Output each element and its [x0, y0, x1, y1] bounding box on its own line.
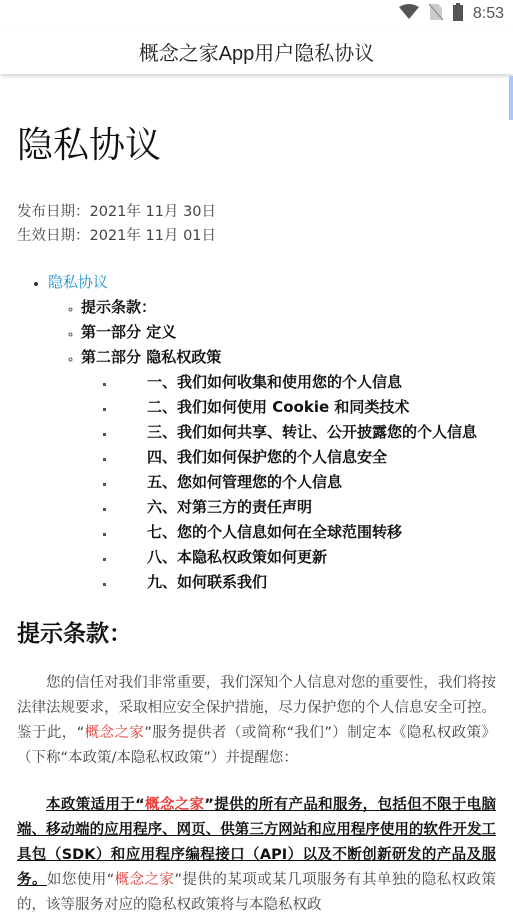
toc-subitem[interactable]: 二、我们如何使用 Cookie 和同类技术 — [115, 395, 496, 420]
toc-subitem[interactable]: 一、我们如何收集和使用您的个人信息 — [115, 370, 496, 395]
toc-item-notice[interactable]: 提示条款： — [81, 295, 496, 320]
toc-item-part2[interactable]: 第二部分 隐私权政策 一、我们如何收集和使用您的个人信息 二、我们如何使用 Co… — [81, 345, 496, 595]
effective-date: 生效日期：2021年 11月 01日 — [17, 224, 496, 248]
brand-name: 概念之家 — [145, 797, 205, 813]
app-bar: 概念之家App用户隐私协议 — [0, 28, 513, 74]
publish-date: 发布日期：2021年 11月 30日 — [17, 200, 496, 224]
dates-block: 发布日期：2021年 11月 30日 生效日期：2021年 11月 01日 — [17, 200, 496, 248]
section-heading-notice: 提示条款： — [17, 619, 496, 649]
scrollbar[interactable] — [509, 76, 513, 120]
toc-subitem[interactable]: 七、您的个人信息如何在全球范围转移 — [115, 520, 496, 545]
document-body: 隐私协议 发布日期：2021年 11月 30日 生效日期：2021年 11月 0… — [0, 124, 513, 913]
wifi-icon — [399, 4, 419, 25]
toc-subitem[interactable]: 四、我们如何保护您的个人信息安全 — [115, 445, 496, 470]
clock: 8:53 — [473, 5, 504, 23]
para2-text-a: 如您使用“ — [47, 872, 114, 888]
para2-emph-a: 本政策适用于“ — [46, 797, 145, 813]
toc-item-part1[interactable]: 第一部分 定义 — [81, 320, 496, 345]
intro-paragraph: 您的信任对我们非常重要，我们深知个人信息对您的重要性，我们将按法律法规要求，采取… — [17, 671, 496, 771]
toc-subitem[interactable]: 六、对第三方的责任声明 — [115, 495, 496, 520]
toc-subitem[interactable]: 九、如何联系我们 — [115, 570, 496, 595]
table-of-contents: 隐私协议 提示条款： 第一部分 定义 第二部分 隐私权政策 一、我们如何收集和使… — [17, 270, 496, 595]
battery-icon — [453, 3, 463, 26]
brand-name: 概念之家 — [114, 872, 174, 888]
brand-name: 概念之家 — [84, 725, 144, 741]
page-title: 隐私协议 — [17, 124, 496, 168]
toc-subitem[interactable]: 三、我们如何共享、转让、公开披露您的个人信息 — [115, 420, 496, 445]
toc-level3: 一、我们如何收集和使用您的个人信息 二、我们如何使用 Cookie 和同类技术 … — [81, 370, 496, 595]
toc-level2: 提示条款： 第一部分 定义 第二部分 隐私权政策 一、我们如何收集和使用您的个人… — [48, 295, 496, 595]
toc-link-privacy[interactable]: 隐私协议 — [48, 273, 108, 291]
toc-subitem[interactable]: 五、您如何管理您的个人信息 — [115, 470, 496, 495]
toc-subitem[interactable]: 八、本隐私权政策如何更新 — [115, 545, 496, 570]
no-sim-icon — [429, 3, 443, 26]
toc-item-part2-label[interactable]: 第二部分 隐私权政策 — [81, 348, 221, 366]
scope-paragraph: 本政策适用于“概念之家”提供的所有产品和服务，包括但不限于电脑端、移动端的应用程… — [17, 793, 496, 913]
status-bar: 8:53 — [0, 0, 513, 28]
toc-root-item: 隐私协议 提示条款： 第一部分 定义 第二部分 隐私权政策 一、我们如何收集和使… — [48, 270, 496, 595]
app-bar-title: 概念之家App用户隐私协议 — [139, 37, 375, 66]
